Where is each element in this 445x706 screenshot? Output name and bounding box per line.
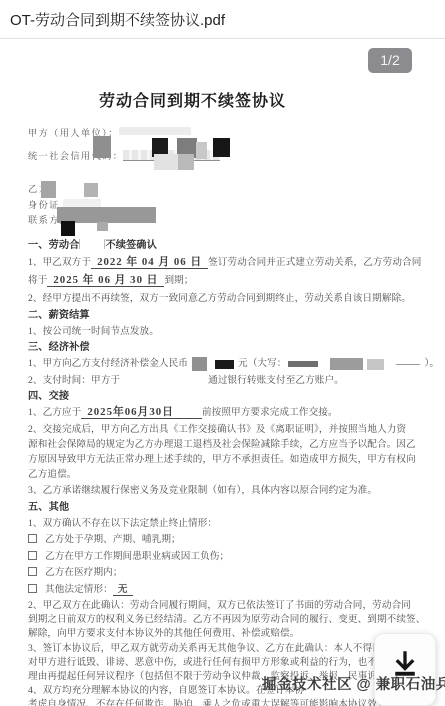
s5-item3-line2: 对甲方进行诋毁、诽谤、恶意中伤，或进行任何有损甲方形象或利益的行为，也不得以 <box>28 656 396 669</box>
section-5-heading: 五、其他 <box>28 501 69 514</box>
section-2-heading: 二、薪资结算 <box>28 309 90 322</box>
s1-item1-line1: 1、甲乙双方于2022 年 04 月 06 日签订劳动合同并正式建立劳动关系，乙… <box>28 256 421 269</box>
redaction-underline <box>396 364 420 365</box>
checkbox-icon[interactable] <box>28 551 37 560</box>
page-indicator-badge: 1/2 <box>368 48 412 73</box>
s2-item1: 1、按公司统一时间节点发放。 <box>28 325 159 338</box>
s4-item2-line3: 方原因导致甲方无法正常办理上述手续的，甲方不承担责任。如造成甲方损失，甲方有权向 <box>28 453 416 466</box>
redacted-text <box>63 199 101 207</box>
redaction-block <box>41 181 56 198</box>
expiry-date: 2025 年 06 月 30 日 <box>47 274 164 287</box>
s5-item1: 1、双方确认不存在以下法定禁止终止情形： <box>28 517 217 530</box>
redaction-block <box>196 142 207 159</box>
section-4-heading: 四、交接 <box>28 390 69 403</box>
titlebar-divider <box>0 38 445 39</box>
s5-item4-line2: 考虑自身情况、不存在任何欺诈、胁迫、乘人之危或重大误解等可能影响本协议效力的情 <box>28 698 406 706</box>
s5-item2-line2: 到期之日前双方的权利义务已经结清。乙方不再因为原劳动合同的履行、变更、到期不续签… <box>28 613 425 626</box>
s5-checkbox-4: 其他法定情形：无 <box>28 583 133 596</box>
redaction-block <box>215 360 234 369</box>
redaction-block <box>288 361 318 367</box>
redaction-block <box>93 136 111 158</box>
s3-item2: 2、支付时间：甲方于通过银行转账支付至乙方账户。 <box>28 374 344 387</box>
section-3-heading: 三、经济补偿 <box>28 341 90 354</box>
s5-checkbox-3: 乙方在医疗期内； <box>28 566 123 579</box>
s5-item2-line1: 2、甲乙双方在此确认：劳动合同履行期间，双方已依法签订了书面的劳动合同，劳动合同 <box>28 599 411 612</box>
redaction-block <box>61 221 75 236</box>
redaction-block <box>84 183 98 197</box>
redaction-block <box>330 358 363 370</box>
download-button[interactable] <box>374 633 436 706</box>
s4-item2-line1: 2、交接完成后，甲方向乙方出具《工作交接确认书》及《离职证明》，并按照当地人力资 <box>28 423 406 436</box>
other-situation-value: 无 <box>113 584 133 596</box>
s4-item3: 3、乙方承诺继续履行保密义务及竞业限制（如有），具体内容以原合同约定为准。 <box>28 484 377 497</box>
pdf-preview-screen: OT-劳动合同到期不续签协议.pdf 1/2 劳动合同到期不续签协议 甲方（用人… <box>0 0 445 706</box>
titlebar: OT-劳动合同到期不续签协议.pdf <box>0 0 445 38</box>
doc-title: 劳动合同到期不续签协议 <box>0 88 385 111</box>
s5-checkbox-1: 乙方处于孕期、产期、哺乳期； <box>28 533 181 546</box>
checkbox-icon[interactable] <box>28 534 37 543</box>
s1-item2: 2、经甲方提出不再续签，双方一致同意乙方劳动合同到期终止，劳动关系自该日期解除。 <box>28 292 411 305</box>
handover-date: 2025年06月30日 <box>81 406 202 419</box>
s5-item3-line1: 3、签订本协议后，甲乙双方就劳动关系再无其他争议、乙方在此确认：本人不得以任何 <box>28 642 401 655</box>
redaction-block <box>192 357 207 371</box>
id-label: 身份证 <box>28 200 60 210</box>
redacted-text <box>119 127 191 135</box>
redaction-block <box>213 138 230 157</box>
signing-date: 2022 年 04 月 06 日 <box>91 256 208 269</box>
redaction-block <box>178 154 194 170</box>
redaction-block <box>97 222 108 231</box>
redacted-gap <box>79 239 105 249</box>
checkbox-icon[interactable] <box>28 584 37 593</box>
s1-item1-line2: 将于2025 年 06 月 30 日到期； <box>28 274 194 287</box>
redaction-block <box>367 359 384 370</box>
s5-item2-line3: 解除，向甲方要求支付本协议外的其他任何费用、补偿或赔偿。 <box>28 627 299 640</box>
checkbox-icon[interactable] <box>28 567 37 576</box>
s4-item2-line4: 乙方追偿。 <box>28 468 76 481</box>
s4-item2-line2: 源和社会保障局的规定为乙方办理退工退档及社会保险减除手续，乙方应当予以配合。因乙 <box>28 438 416 451</box>
watermark: 掘金技术社区 @ 兼职石油兵 <box>262 673 445 694</box>
s4-item1: 1、乙方应于2025年06月30日前按照甲方要求完成工作交接。 <box>28 406 338 419</box>
s5-checkbox-2: 乙方在甲方工作期间患职业病或因工负伤； <box>28 550 229 563</box>
section-1-heading: 一、劳动合不续签确认 <box>28 239 157 252</box>
s3-item1: 1、甲方向乙方支付经济补偿金人民币元（大写：）。 <box>28 357 439 371</box>
pdf-filename: OT-劳动合同到期不续签协议.pdf <box>10 9 225 30</box>
